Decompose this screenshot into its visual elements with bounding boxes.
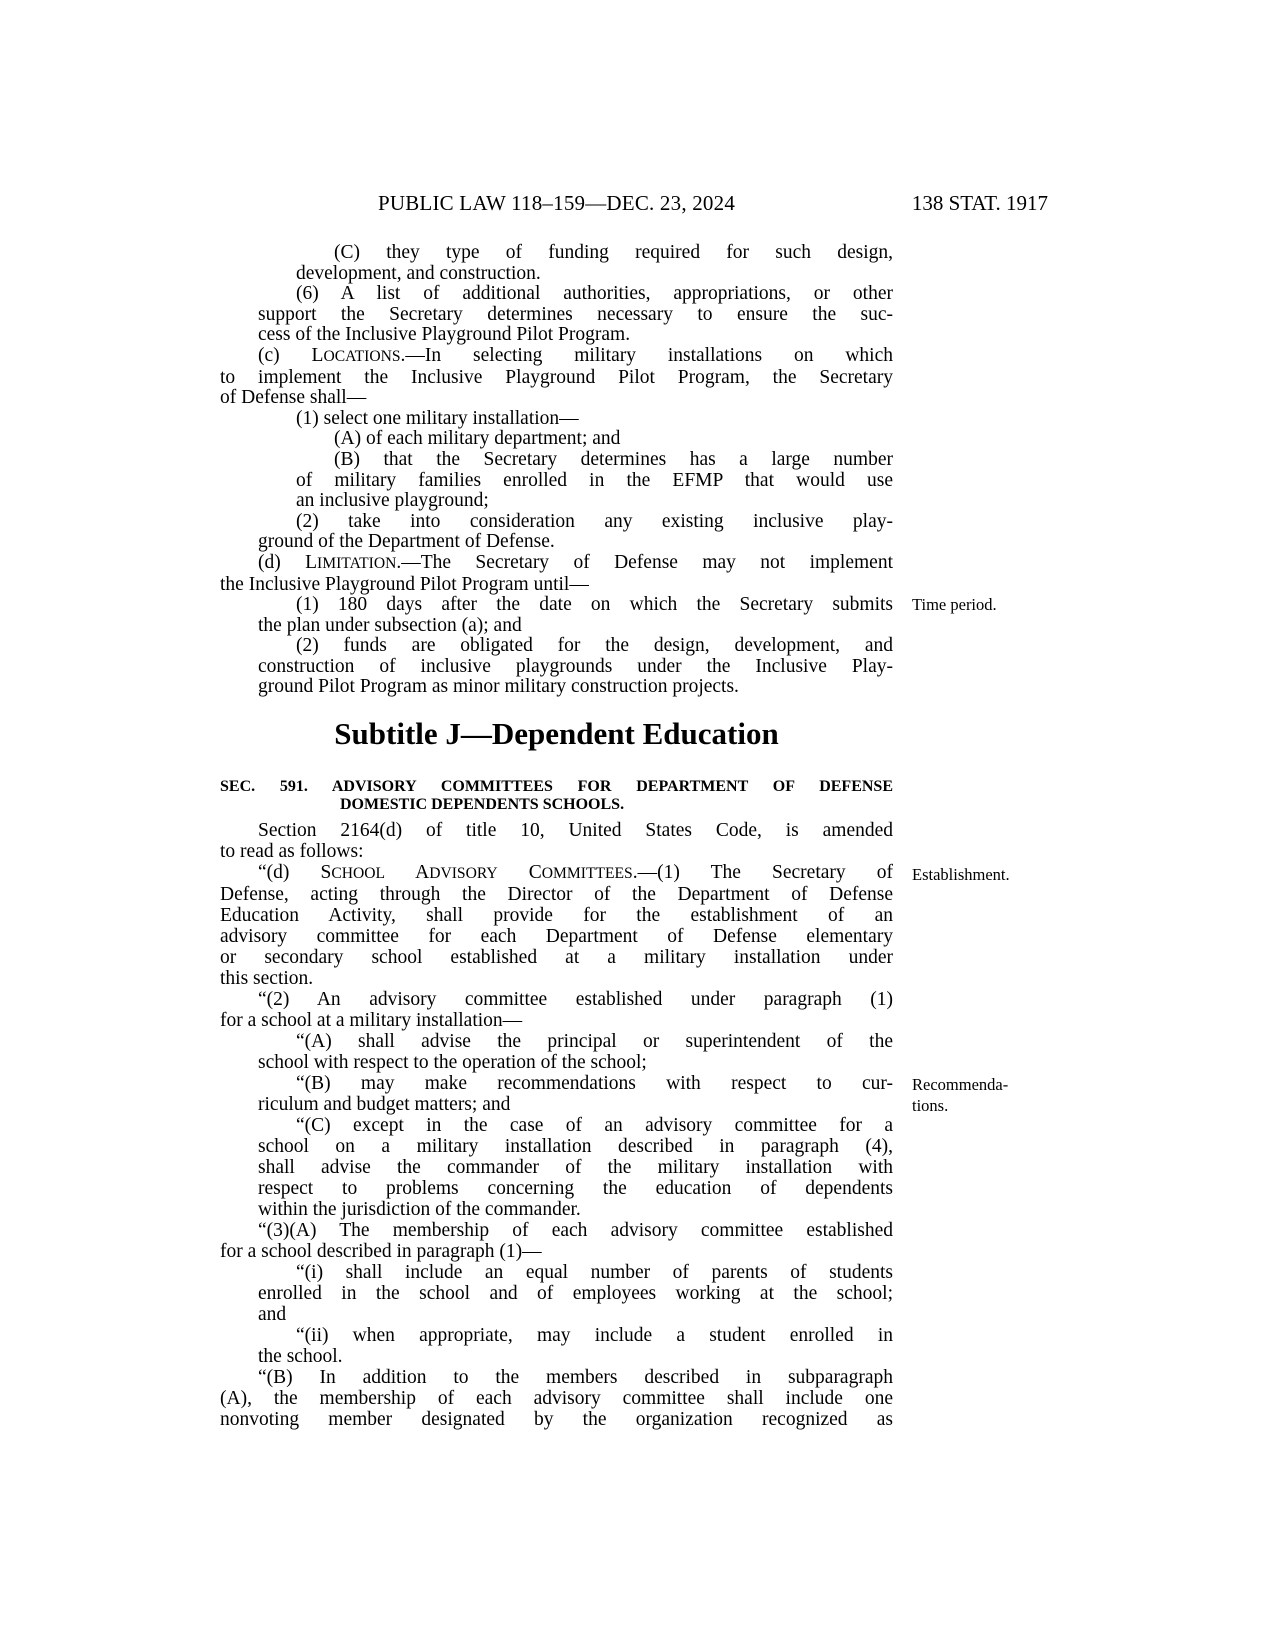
body-line: cess of the Inclusive Playground Pilot P… — [220, 325, 893, 346]
body-line: construction of inclusive playgrounds un… — [220, 657, 893, 678]
body-line: or secondary school established at a mil… — [220, 947, 893, 968]
body-line: of military families enrolled in the EFM… — [220, 471, 893, 492]
text-segment: “(d) S — [258, 862, 331, 883]
body-line: (c) LOCATIONS.—In selecting military ins… — [220, 346, 893, 368]
body-line: (1) select one military installation— — [220, 409, 893, 430]
body-line: school with respect to the operation of … — [220, 1052, 893, 1073]
body-line: (B) that the Secretary determines has a … — [220, 450, 893, 471]
small-caps-text: OCATIONS — [323, 348, 400, 365]
body-line: (2) funds are obligated for the design, … — [220, 636, 893, 657]
body-line: an inclusive playground; — [220, 491, 893, 512]
subtitle-heading: Subtitle J—Dependent Education — [220, 716, 893, 752]
body-line: for a school described in paragraph (1)— — [220, 1241, 893, 1262]
body-line: (A), the membership of each advisory com… — [220, 1388, 893, 1409]
body-line: (C) they type of funding required for su… — [220, 243, 893, 264]
body-line: ground Pilot Program as minor military c… — [220, 677, 893, 698]
section-heading-line2: DOMESTIC DEPENDENTS SCHOOLS. — [220, 796, 893, 814]
body-line: development, and construction. — [220, 264, 893, 285]
body-line: for a school at a military installation— — [220, 1010, 893, 1031]
body-line: of Defense shall— — [220, 388, 893, 409]
stat-page-number: 138 STAT. 1917 — [858, 191, 1048, 216]
margin-note-recommendations: Recommenda- tions. — [912, 1074, 1062, 1116]
body-text-lower: Section 2164(d) of title 10, United Stat… — [220, 820, 893, 1430]
body-line: (2) take into consideration any existing… — [220, 512, 893, 533]
body-line: this section. — [220, 968, 893, 989]
body-line: nonvoting member designated by the organ… — [220, 1409, 893, 1430]
body-line: (d) LIMITATION.—The Secretary of Defense… — [220, 553, 893, 575]
body-line: (6) A list of additional authorities, ap… — [220, 284, 893, 305]
body-line: to read as follows: — [220, 841, 893, 862]
body-line: riculum and budget matters; and — [220, 1094, 893, 1115]
small-caps-text: CHOOL — [331, 865, 385, 882]
body-line: “(C) except in the case of an advisory c… — [220, 1115, 893, 1136]
body-line: Defense, acting through the Director of … — [220, 884, 893, 905]
section-heading: SEC. 591. ADVISORY COMMITTEES FOR DEPART… — [220, 778, 893, 814]
body-line: the school. — [220, 1346, 893, 1367]
running-head-law-title: PUBLIC LAW 118–159—DEC. 23, 2024 — [220, 191, 893, 216]
text-segment: (d) L — [258, 552, 317, 573]
body-line: enrolled in the school and of employees … — [220, 1283, 893, 1304]
body-text-upper: (C) they type of funding required for su… — [220, 243, 893, 698]
margin-note-establishment: Establishment. — [912, 864, 1062, 885]
body-line: “(2) An advisory committee established u… — [220, 989, 893, 1010]
body-line: “(3)(A) The membership of each advisory … — [220, 1220, 893, 1241]
body-line: school on a military installation descri… — [220, 1136, 893, 1157]
body-line: Section 2164(d) of title 10, United Stat… — [220, 820, 893, 841]
body-line: ground of the Department of Defense. — [220, 532, 893, 553]
body-line: to implement the Inclusive Playground Pi… — [220, 368, 893, 389]
body-line: (1) 180 days after the date on which the… — [220, 595, 893, 616]
body-line: respect to problems concerning the educa… — [220, 1178, 893, 1199]
body-line: support the Secretary determines necessa… — [220, 305, 893, 326]
body-line: the Inclusive Playground Pilot Program u… — [220, 575, 893, 596]
text-segment: .—The Secretary of Defense may not imple… — [396, 552, 893, 573]
body-line: “(i) shall include an equal number of pa… — [220, 1262, 893, 1283]
small-caps-text: DVISORY — [429, 865, 497, 882]
body-line: “(A) shall advise the principal or super… — [220, 1031, 893, 1052]
body-line: “(B) In addition to the members describe… — [220, 1367, 893, 1388]
body-line: advisory committee for each Department o… — [220, 926, 893, 947]
body-line: and — [220, 1304, 893, 1325]
body-line: the plan under subsection (a); and — [220, 616, 893, 637]
small-caps-text: OMMITTEES — [542, 865, 633, 882]
body-line: within the jurisdiction of the commander… — [220, 1199, 893, 1220]
statute-page: PUBLIC LAW 118–159—DEC. 23, 2024 138 STA… — [0, 0, 1275, 1650]
body-line: “(d) SCHOOL ADVISORY COMMITTEES.—(1) The… — [220, 862, 893, 884]
text-segment: .—(1) The Secretary of — [633, 862, 893, 883]
margin-note-time-period: Time period. — [912, 594, 1062, 615]
text-segment: .—In selecting military installations on… — [401, 345, 893, 366]
section-heading-line1: SEC. 591. ADVISORY COMMITTEES FOR DEPART… — [220, 778, 893, 796]
body-line: (A) of each military department; and — [220, 429, 893, 450]
body-line: “(B) may make recommendations with respe… — [220, 1073, 893, 1094]
small-caps-text: IMITATION — [317, 555, 396, 572]
text-segment: A — [385, 862, 429, 883]
body-line: shall advise the commander of the milita… — [220, 1157, 893, 1178]
body-line: “(ii) when appropriate, may include a st… — [220, 1325, 893, 1346]
body-line: Education Activity, shall provide for th… — [220, 905, 893, 926]
text-segment: (c) L — [258, 345, 323, 366]
text-segment: C — [498, 862, 542, 883]
